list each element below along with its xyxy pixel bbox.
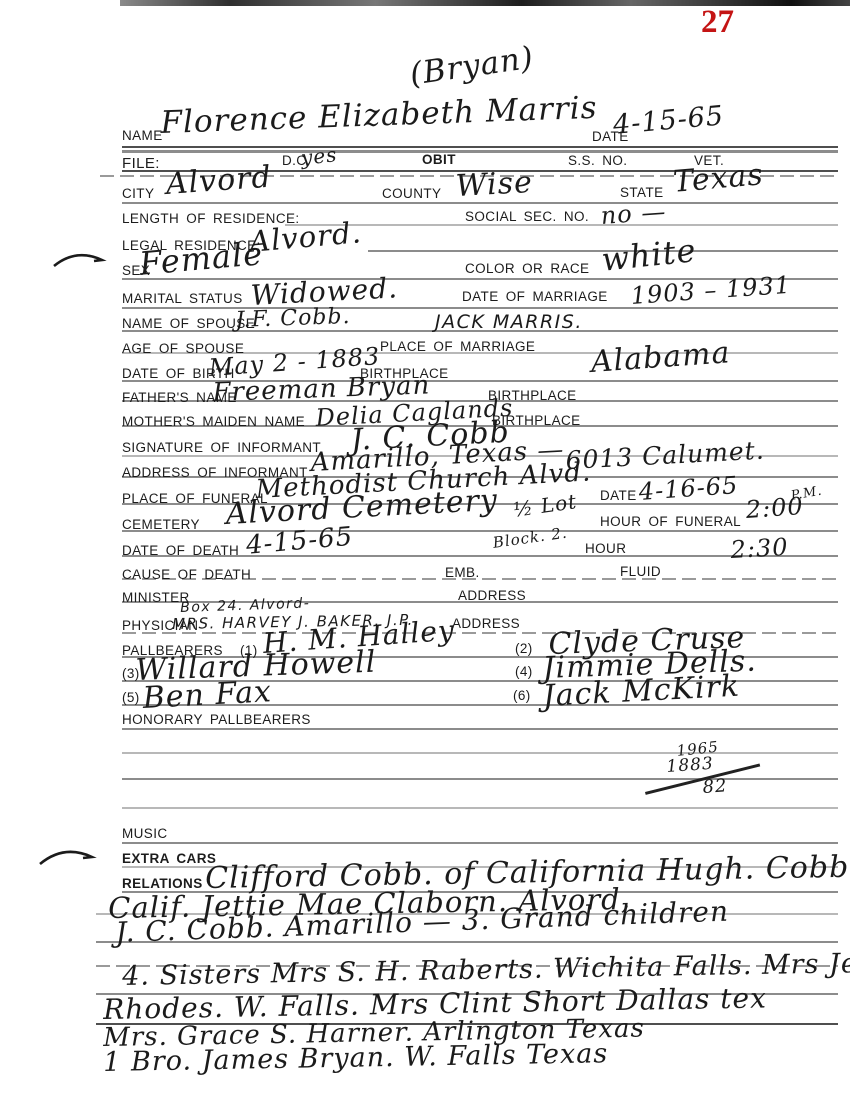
legal-residence-value: Alvord. — [248, 218, 363, 257]
calculation-subtrahend: 1883 — [666, 756, 714, 776]
form-rule — [122, 842, 838, 844]
extra-cars-label: EXTRA CARS — [122, 851, 216, 866]
birthplace-value: Alabama — [590, 338, 731, 378]
name-value: Florence Elizabeth Marris — [160, 93, 598, 139]
form-rule — [122, 807, 838, 809]
fluid-label: FLUID — [620, 564, 661, 579]
city-value: Alvord — [165, 163, 273, 200]
color-or-race-value: white — [600, 234, 698, 276]
name-of-spouse-value: J.F. Cobb. — [235, 306, 351, 332]
hour-label: HOUR — [585, 541, 626, 556]
surname-annotation: (Bryan) — [408, 43, 536, 91]
cause-of-death-label: CAUSE OF DEATH — [122, 567, 251, 582]
pallbearer-6-num: (6) — [513, 688, 531, 703]
pallbearer-5-num: (5) — [122, 690, 140, 705]
county-label: COUNTY — [382, 186, 441, 201]
dc-value: yes — [300, 144, 338, 168]
calculation-result: 82 — [702, 777, 728, 797]
form-rule — [285, 224, 838, 226]
county-value: Wise — [455, 168, 534, 202]
cemetery-note: ½ Lot — [512, 491, 578, 520]
ssno-label: S.S. NO. — [568, 153, 627, 168]
relations-line: 1 Bro. James Bryan. W. Falls Texas — [103, 1040, 608, 1076]
place-of-marriage-label: PLACE OF MARRIAGE — [380, 339, 535, 354]
hour-of-funeral-suffix: P.M. — [790, 484, 823, 502]
margin-pen-mark — [36, 844, 98, 870]
social-sec-no-value: no — — [600, 199, 667, 228]
form-rule — [122, 307, 838, 309]
address-of-informant-value-2: 6013 Calumet. — [565, 438, 765, 473]
city-label: CITY — [122, 186, 154, 201]
pallbearer-5-name: Ben Fax — [142, 677, 273, 714]
signature-of-informant-label: SIGNATURE OF INFORMANT — [122, 440, 321, 455]
funeral-date-value: 4-16-65 — [638, 473, 739, 504]
marital-status-label: MARITAL STATUS — [122, 291, 243, 306]
name-label: NAME — [122, 128, 163, 143]
page-number: 27 — [701, 4, 734, 41]
form-rule — [122, 752, 838, 754]
physician-address-label: ADDRESS — [452, 616, 520, 631]
date-value: 4-15-65 — [612, 102, 725, 139]
social-sec-no-label: SOCIAL SEC. NO. — [465, 209, 589, 224]
hour-value: 2:30 — [730, 535, 789, 562]
sex-value: Female — [138, 237, 264, 280]
state-value: Texas — [672, 160, 765, 198]
date-of-death-value: 4-15-65 — [245, 524, 354, 559]
emb-label: EMB. — [445, 565, 480, 580]
name-of-spouse-value-2: JACK MARRIS. — [435, 313, 583, 332]
mothers-maiden-name-label: MOTHER'S MAIDEN NAME — [122, 414, 305, 429]
file-label: FILE: — [122, 155, 160, 172]
color-or-race-label: COLOR OR RACE — [465, 261, 589, 276]
form-rule — [122, 778, 838, 780]
hour-of-funeral-label: HOUR OF FUNERAL — [600, 514, 741, 529]
date-of-marriage-label: DATE OF MARRIAGE — [462, 289, 608, 304]
date-of-death-label: DATE OF DEATH — [122, 543, 239, 558]
minister-address-label: ADDRESS — [458, 588, 526, 603]
scanned-funeral-record-page: 27 (Bryan) NAME DATE FILE: D.C. OBIT S.S… — [0, 0, 850, 1100]
pallbearer-2-num: (2) — [515, 641, 533, 656]
margin-pen-mark — [50, 248, 110, 272]
form-rule — [122, 150, 838, 153]
form-rule — [122, 146, 838, 148]
music-label: MUSIC — [122, 826, 168, 841]
obit-label: OBIT — [422, 152, 456, 167]
funeral-date-label: DATE — [600, 488, 637, 503]
pallbearer-4-num: (4) — [515, 664, 533, 679]
scan-artifact-bar — [120, 0, 850, 6]
form-rule — [122, 728, 838, 730]
cemetery-label: CEMETERY — [122, 517, 200, 532]
